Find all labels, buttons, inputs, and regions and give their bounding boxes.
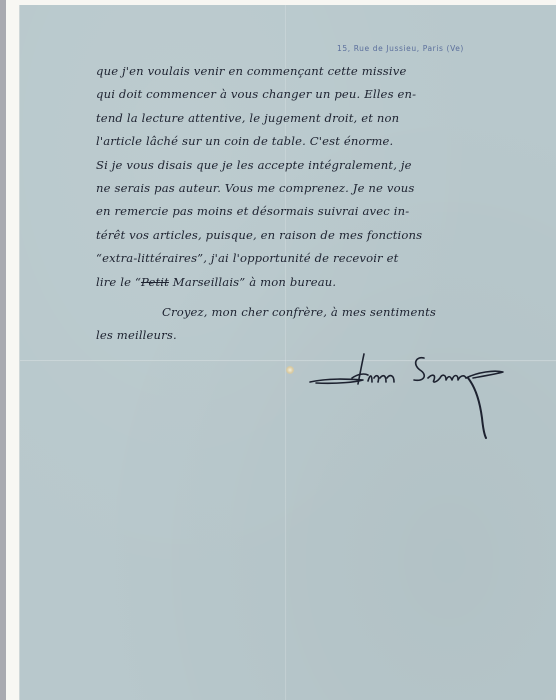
pinhole-mark bbox=[286, 366, 294, 374]
body-line: que j'en voulais venir en commençant cet… bbox=[96, 60, 536, 83]
body-line: ne serais pas auteur. Vous me comprenez.… bbox=[96, 177, 536, 200]
body-line: Si je vous disais que je les accepte int… bbox=[96, 154, 536, 177]
body-line: l'article lâché sur un coin de table. C'… bbox=[96, 130, 536, 153]
closing-line: les meilleurs. bbox=[96, 324, 536, 347]
body-line: lire le “Petit Marseillais” à mon bureau… bbox=[96, 271, 536, 294]
handwritten-signature bbox=[308, 348, 508, 443]
struck-word: Petit bbox=[141, 275, 169, 289]
body-line: tend la lecture attentive, le jugement d… bbox=[96, 107, 536, 130]
body-line: térêt vos articles, puisque, en raison d… bbox=[96, 224, 536, 247]
letter-body: que j'en voulais venir en commençant cet… bbox=[96, 60, 536, 348]
body-line: qui doit commencer à vous changer un peu… bbox=[96, 83, 536, 106]
closing-line: Croyez, mon cher confrère, à mes sentime… bbox=[96, 301, 536, 324]
letterhead-address: 15, Rue de Jussieu, Paris (Ve) bbox=[337, 44, 464, 53]
scan-margin bbox=[6, 0, 20, 700]
body-line: en remercie pas moins et désormais suivr… bbox=[96, 200, 536, 223]
body-line: “extra-littéraires”, j'ai l'opportunité … bbox=[96, 247, 536, 270]
signature-icon bbox=[308, 348, 508, 443]
